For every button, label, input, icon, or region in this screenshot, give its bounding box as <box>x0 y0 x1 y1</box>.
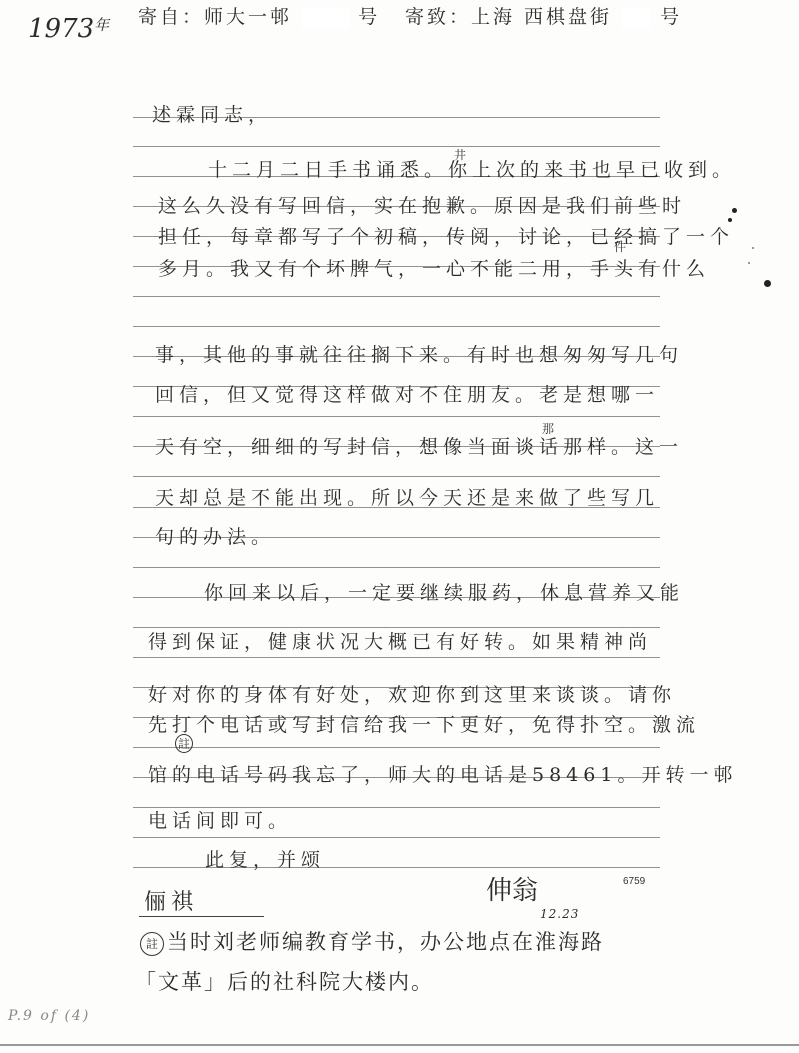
header-sender: 寄自：师大一邨 号 <box>138 2 380 29</box>
ink-speck <box>732 208 737 213</box>
redacted-block <box>621 7 651 29</box>
year-suffix: 年 <box>94 16 109 34</box>
letter-line: 你回来以后，一定要继续服药，休息营养又能 <box>204 578 684 605</box>
letter-line: 电话间即可。 <box>148 806 292 833</box>
header-year: 1973年 <box>28 14 109 44</box>
ink-speck <box>764 280 771 287</box>
signature: 伸翁 <box>486 870 538 907</box>
sender-label: 寄自： <box>138 6 204 28</box>
sender-value: 师大一邨 <box>204 6 292 28</box>
letter-line: 好对你的身体有好处，欢迎你到这里来谈谈。请你 <box>148 680 676 707</box>
ruled-line <box>133 657 660 658</box>
year-value: 1973 <box>28 14 94 44</box>
ruled-line <box>133 296 660 297</box>
insert-mark: 註 <box>175 734 193 753</box>
letter-line: 多月。我又有个坏脾气，一心不能二用，手头有什么 <box>158 254 710 281</box>
letter-line: 担任，每章都写了个初稿，传阅，讨论，已经搞了一个 <box>158 222 734 249</box>
ruled-line <box>133 567 660 568</box>
insert-mark: 井 <box>454 146 466 163</box>
footnote-line-1: 註当时刘老师编教育学书，办公地点在淮海路 <box>140 926 604 956</box>
address-suffix: 号 <box>660 6 682 28</box>
letter-line: 此复，并颂 <box>205 845 325 872</box>
letter-line: 句的办法。 <box>155 522 275 549</box>
ink-speck <box>748 262 750 264</box>
letter-line: 这么久没有写回信，实在抱歉。原因是我们前些时 <box>158 191 686 218</box>
redacted-block <box>301 7 349 29</box>
letter-line: 馆的电话号码我忘了，师大的电话是58461。开转一邨 <box>148 760 737 787</box>
letter-line: 天有空，细细的写封信，想像当面谈话那样。这一 <box>155 432 683 459</box>
page-mark: P.9 of (4) <box>8 1008 90 1024</box>
ruled-line <box>133 837 660 838</box>
footnote-line-2: 「文革」后的社科院大楼内。 <box>135 966 434 996</box>
header-address: 寄致：上海 西棋盘街 号 <box>405 2 682 29</box>
insert-mark: 那 <box>542 420 554 437</box>
closing-underline <box>139 916 264 917</box>
ruled-line <box>133 146 660 147</box>
ruled-line <box>133 476 660 477</box>
letter-page: 1973年 寄自：师大一邨 号 寄致：上海 西棋盘街 号 述霖同志， 十二月二日… <box>0 0 799 1053</box>
ink-speck <box>728 218 732 222</box>
letter-line: 天却总是不能出现。所以今天还是来做了些写几 <box>155 483 659 510</box>
footnote-text-1: 当时刘老师编教育学书，办公地点在淮海路 <box>167 930 604 954</box>
letter-date: 12.23 <box>540 907 579 921</box>
ruled-line <box>133 747 660 748</box>
footnote-mark-icon: 註 <box>140 932 164 956</box>
letter-line: 回信，但又觉得这样做对不住朋友。老是想哪一 <box>155 380 659 407</box>
letter-line: 事，其他的事就往往搁下来。有时也想匆匆写几句 <box>155 340 683 367</box>
letter-line: 先打个电话或写封信给我一下更好，免得扑空。激流 <box>148 710 700 737</box>
insert-mark: 件 <box>614 238 626 255</box>
ruled-line <box>133 326 660 327</box>
letter-line: 十二月二日手书诵悉。你上次的来书也早已收到。 <box>208 155 736 182</box>
sender-suffix: 号 <box>358 6 380 28</box>
address-value: 上海 西棋盘街 <box>471 6 612 28</box>
ink-speck <box>752 247 754 249</box>
ruled-line <box>133 416 660 417</box>
page-bottom-edge <box>0 1044 799 1046</box>
salutation: 述霖同志， <box>152 100 272 127</box>
closing: 俪祺 <box>144 885 198 916</box>
archive-number: 6759 <box>623 876 645 887</box>
letter-line: 得到保证，健康状况大概已有好转。如果精神尚 <box>148 627 652 654</box>
address-label: 寄致： <box>405 6 471 28</box>
